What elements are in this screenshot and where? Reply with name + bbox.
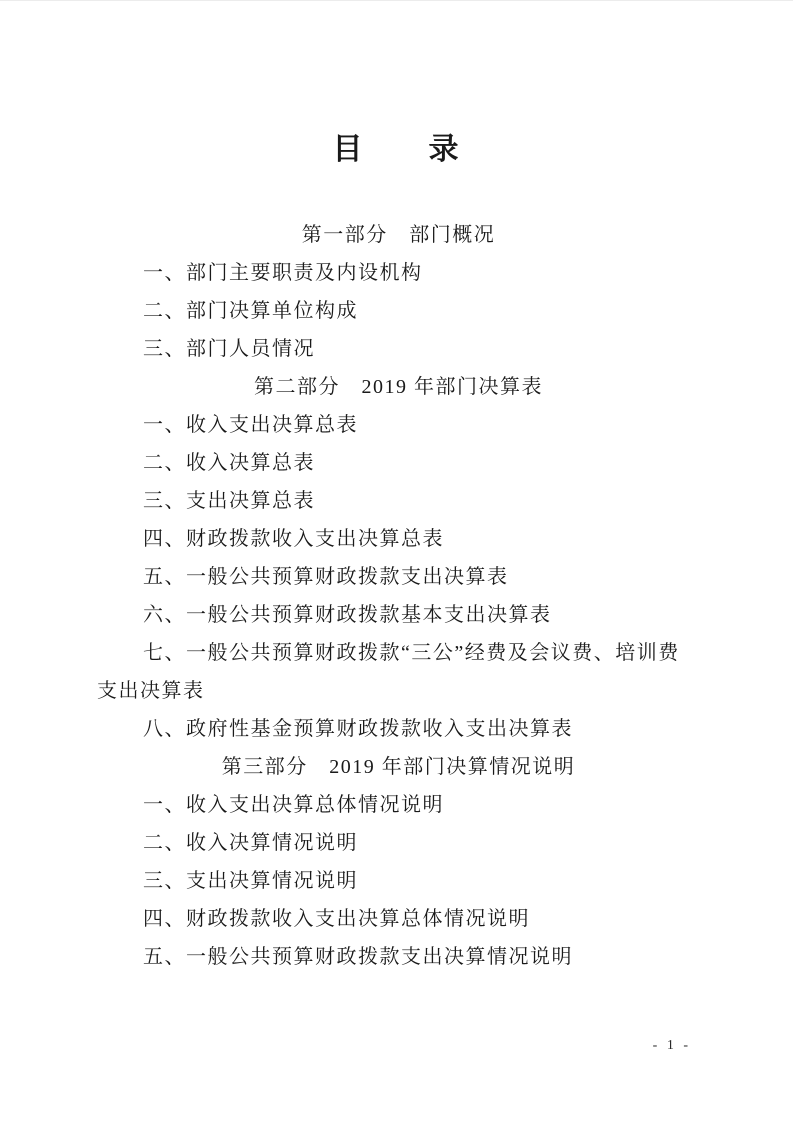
page-number: - 1 - (653, 1038, 691, 1054)
toc-item: 二、收入决算情况说明 (97, 824, 700, 862)
toc-item-continuation: 支出决算表 (97, 672, 700, 710)
toc-item: 四、财政拨款收入支出决算总体情况说明 (97, 900, 700, 938)
table-of-contents: 第一部分 部门概况 一、部门主要职责及内设机构 二、部门决算单位构成 三、部门人… (97, 216, 700, 976)
toc-item: 一、收入支出决算总表 (97, 406, 700, 444)
document-page: 目 录 第一部分 部门概况 一、部门主要职责及内设机构 二、部门决算单位构成 三… (0, 0, 793, 1122)
toc-item: 三、支出决算总表 (97, 482, 700, 520)
page-edge-line (0, 0, 793, 1)
toc-item: 三、支出决算情况说明 (97, 862, 700, 900)
toc-item: 五、一般公共预算财政拨款支出决算表 (97, 558, 700, 596)
toc-item: 一、部门主要职责及内设机构 (97, 254, 700, 292)
toc-item: 四、财政拨款收入支出决算总表 (97, 520, 700, 558)
toc-item: 八、政府性基金预算财政拨款收入支出决算表 (97, 710, 700, 748)
toc-item: 二、部门决算单位构成 (97, 292, 700, 330)
toc-item: 五、一般公共预算财政拨款支出决算情况说明 (97, 938, 700, 976)
section-heading-part1: 第一部分 部门概况 (97, 216, 700, 254)
section-heading-part2: 第二部分 2019 年部门决算表 (97, 368, 700, 406)
toc-item: 二、收入决算总表 (97, 444, 700, 482)
toc-item: 六、一般公共预算财政拨款基本支出决算表 (97, 596, 700, 634)
section-heading-part3: 第三部分 2019 年部门决算情况说明 (97, 748, 700, 786)
toc-item: 一、收入支出决算总体情况说明 (97, 786, 700, 824)
toc-item: 三、部门人员情况 (97, 330, 700, 368)
toc-item: 七、一般公共预算财政拨款“三公”经费及会议费、培训费 (97, 634, 700, 672)
page-title: 目 录 (0, 133, 793, 166)
